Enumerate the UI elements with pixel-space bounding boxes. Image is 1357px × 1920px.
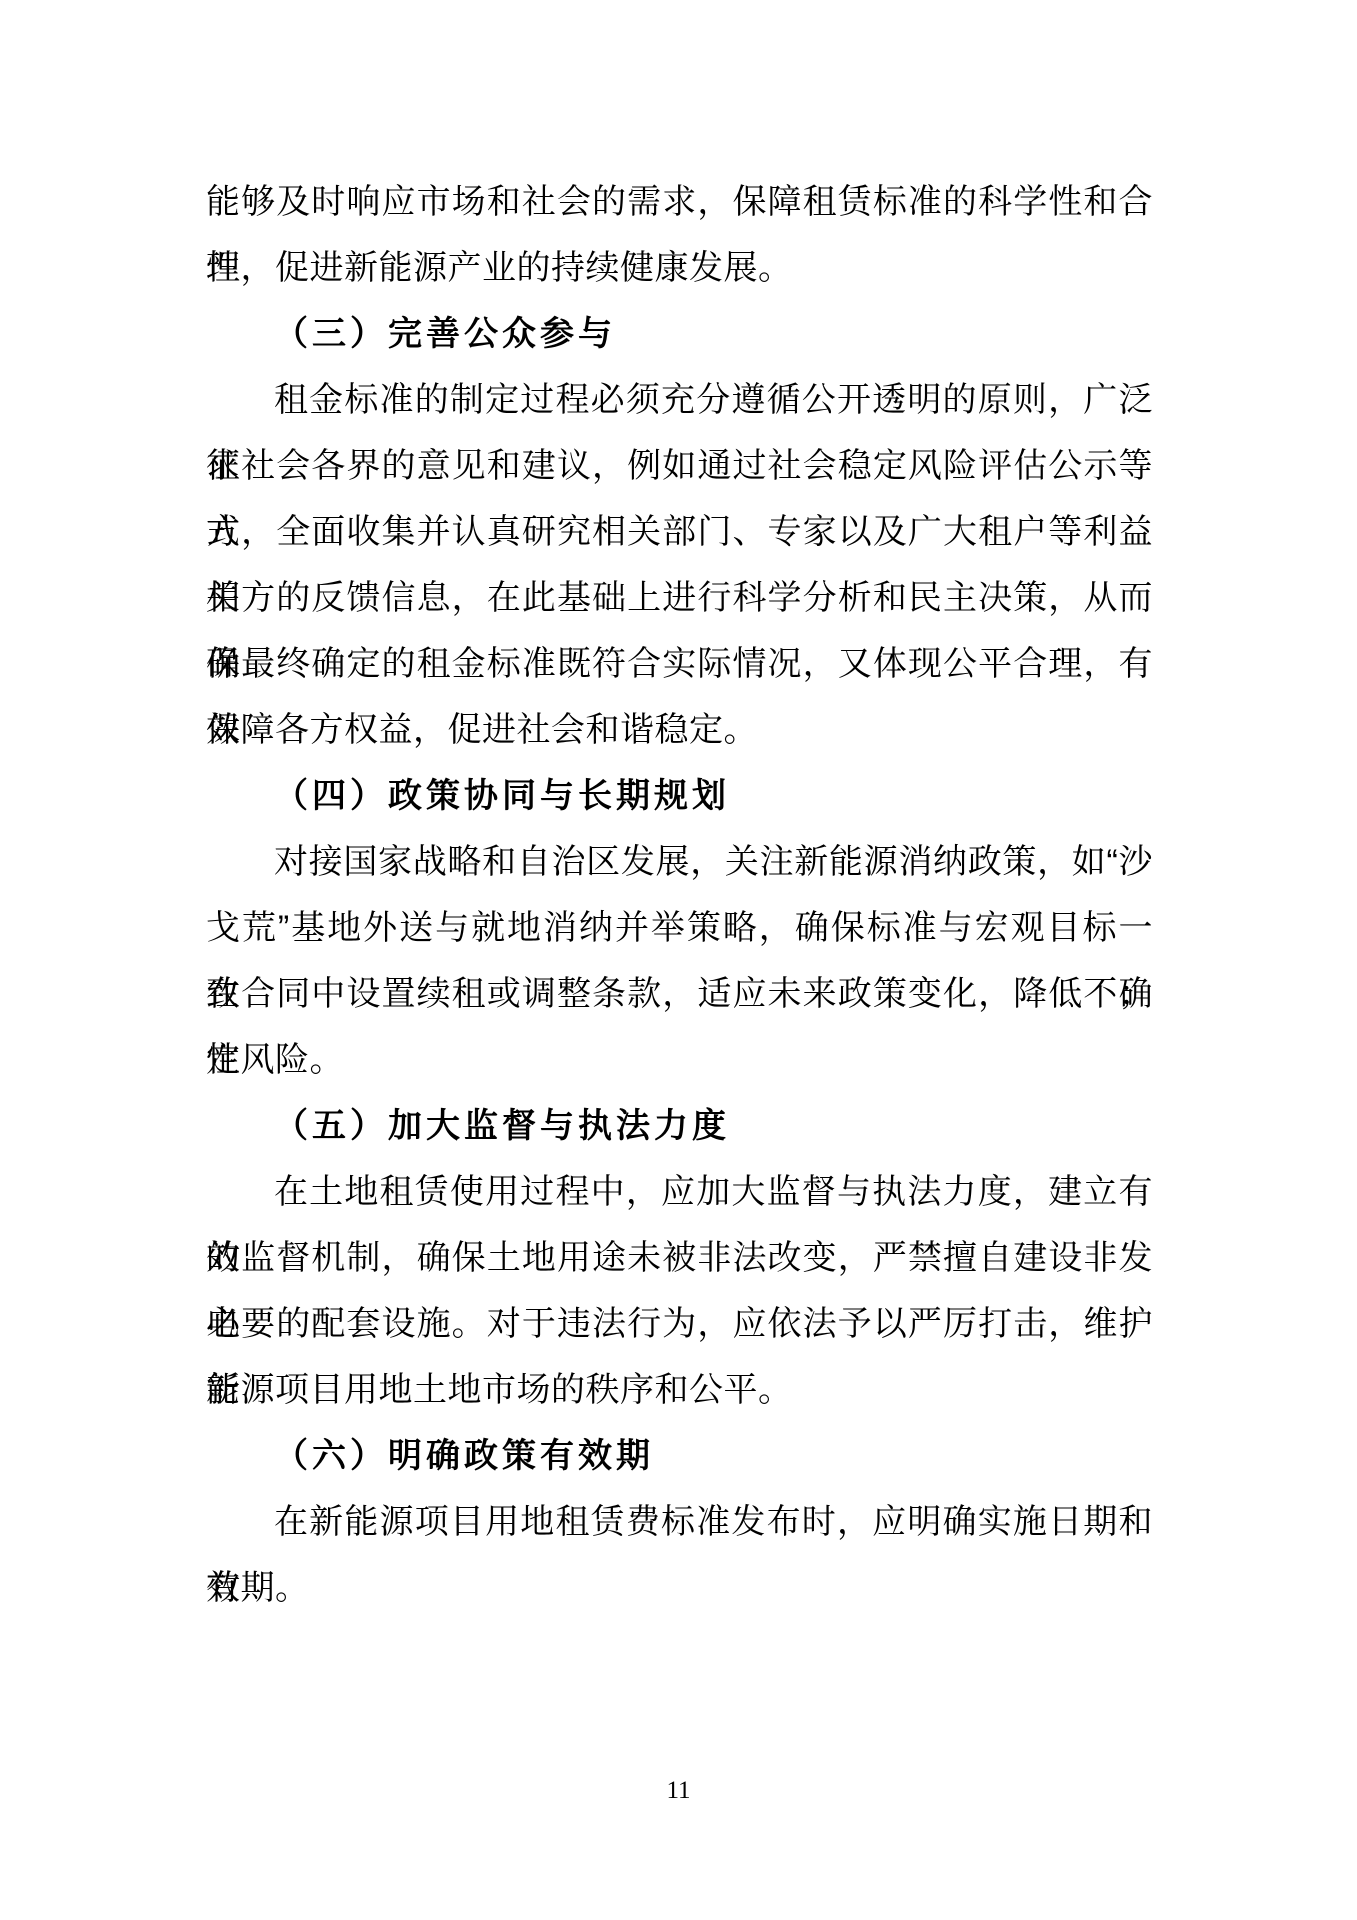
text-line: 保最终确定的租金标准既符合实际情况，又体现公平合理，有效 (206, 631, 1153, 697)
text-line: 求社会各界的意见和建议，例如通过社会稳定风险评估公示等方 (206, 433, 1153, 499)
section-heading: （六）明确政策有效期 (206, 1423, 1153, 1489)
text-line: 戈荒”基地外送与就地消纳并举策略，确保标准与宏观目标一致； (206, 895, 1153, 961)
text-line: 能够及时响应市场和社会的需求，保障租赁标准的科学性和合理 (206, 169, 1153, 235)
text-line: 必要的配套设施。对于违法行为，应依法予以严厉打击，维护新 (206, 1291, 1153, 1357)
text-line: 保障各方权益，促进社会和谐稳定。 (206, 697, 1153, 763)
page-number: 11 (0, 1776, 1357, 1806)
section-heading: （五）加大监督与执法力度 (206, 1093, 1153, 1159)
text-line: 在土地租赁使用过程中，应加大监督与执法力度，建立有效 (206, 1159, 1153, 1225)
text-line: 效期。 (206, 1555, 1153, 1621)
document-page: 能够及时响应市场和社会的需求，保障租赁标准的科学性和合理 性，促进新能源产业的持… (0, 0, 1357, 1920)
text-line: 性风险。 (206, 1027, 1153, 1093)
section-heading: （四）政策协同与长期规划 (206, 763, 1153, 829)
text-line: 式，全面收集并认真研究相关部门、专家以及广大租户等利益相 (206, 499, 1153, 565)
document-body: 能够及时响应市场和社会的需求，保障租赁标准的科学性和合理 性，促进新能源产业的持… (206, 169, 1153, 1621)
text-line: 性，促进新能源产业的持续健康发展。 (206, 235, 1153, 301)
text-line: 关方的反馈信息，在此基础上进行科学分析和民主决策，从而确 (206, 565, 1153, 631)
section-heading: （三）完善公众参与 (206, 301, 1153, 367)
text-line: 在合同中设置续租或调整条款，适应未来政策变化，降低不确定 (206, 961, 1153, 1027)
text-line: 对接国家战略和自治区发展，关注新能源消纳政策，如“沙 (206, 829, 1153, 895)
text-line: 租金标准的制定过程必须充分遵循公开透明的原则，广泛征 (206, 367, 1153, 433)
text-line: 的监督机制，确保土地用途未被非法改变，严禁擅自建设非发电 (206, 1225, 1153, 1291)
text-line: 在新能源项目用地租赁费标准发布时，应明确实施日期和有 (206, 1489, 1153, 1555)
text-line: 能源项目用地土地市场的秩序和公平。 (206, 1357, 1153, 1423)
